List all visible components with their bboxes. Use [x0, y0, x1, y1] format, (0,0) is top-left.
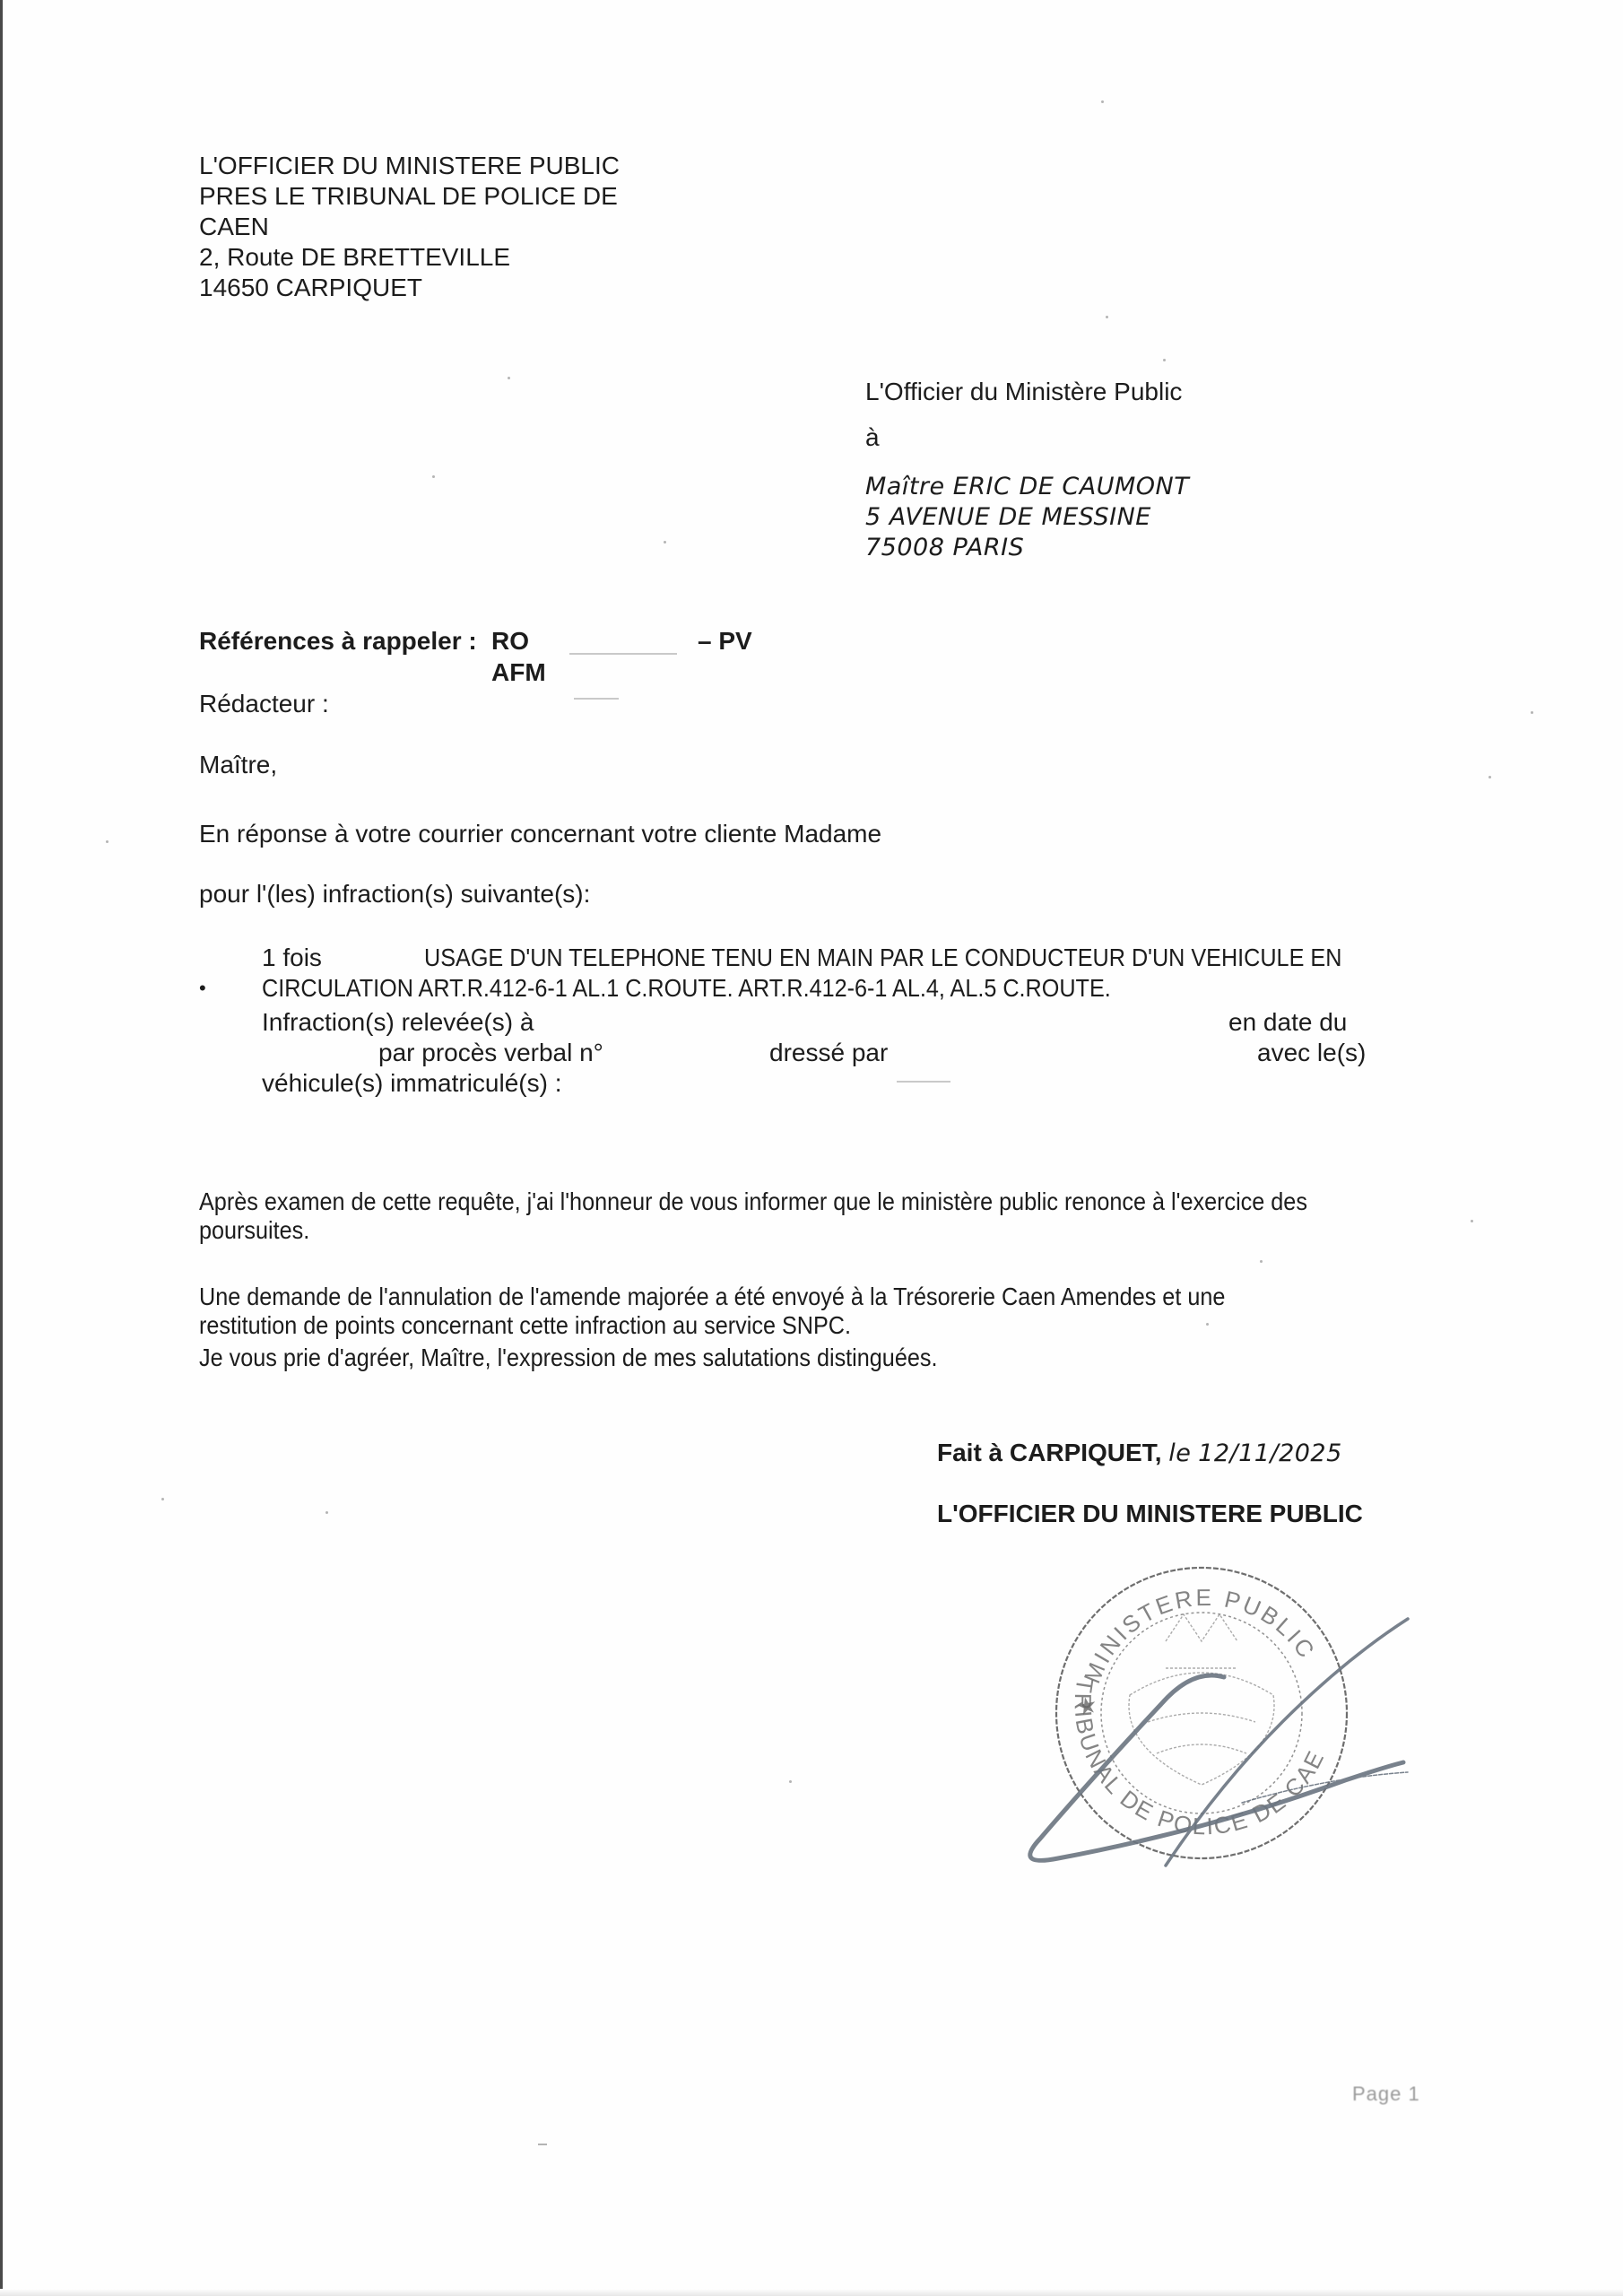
scan-speck — [508, 377, 510, 379]
infraction-description-1: USAGE D'UN TELEPHONE TENU EN MAIN PAR LE… — [424, 943, 1341, 973]
list-bullet: • — [199, 973, 206, 1004]
scan-speck — [789, 1780, 792, 1783]
redacted-redacteur — [574, 698, 619, 700]
decision-line-1: Après examen de cette requête, j'ai l'ho… — [199, 1187, 1307, 1217]
infraction-description-2: CIRCULATION ART.R.412-6-1 AL.1 C.ROUTE. … — [262, 973, 1111, 1004]
scan-speck — [1206, 1323, 1209, 1326]
recipient-address-2: 75008 PARIS — [865, 533, 1024, 563]
from-label: L'Officier du Ministère Public — [865, 377, 1182, 407]
scan-speck — [106, 840, 108, 843]
scan-speck — [432, 475, 435, 478]
scan-speck — [1488, 776, 1491, 778]
sender-city: 14650 CARPIQUET — [199, 273, 422, 303]
closing-formula: Je vous prie d'agréer, Maître, l'express… — [199, 1343, 937, 1373]
date-label: en date du — [1228, 1007, 1347, 1038]
redacteur-label: Rédacteur : — [199, 689, 329, 719]
signatory-title: L'OFFICIER DU MINISTERE PUBLIC — [937, 1499, 1363, 1529]
infractions-intro: pour l'(les) infraction(s) suivante(s): — [199, 879, 590, 909]
decision-line-2: poursuites. — [199, 1215, 309, 1246]
scan-speck — [1101, 100, 1104, 103]
signature-place: Fait à CARPIQUET, — [937, 1439, 1161, 1466]
salutation: Maître, — [199, 750, 277, 780]
sender-line-2: PRES LE TRIBUNAL DE POLICE DE — [199, 181, 618, 212]
scan-speck — [1163, 359, 1166, 361]
scan-speck — [1260, 1260, 1263, 1263]
page-number: Page 1 — [1352, 2083, 1420, 2106]
sender-line-1: L'OFFICIER DU MINISTERE PUBLIC — [199, 151, 620, 181]
signature-date-prefix: le — [1168, 1439, 1191, 1467]
letter-page: L'OFFICIER DU MINISTERE PUBLIC PRES LE T… — [0, 0, 1623, 2296]
avec-label: avec le(s) — [1257, 1038, 1366, 1068]
sender-street: 2, Route DE BRETTEVILLE — [199, 242, 510, 273]
references-afm: AFM — [491, 657, 546, 688]
stamp-text-bottom: TRIBUNAL DE POLICE DE CAEN — [986, 1543, 1330, 1839]
to-word: à — [865, 422, 880, 453]
vehicule-label: véhicule(s) immatriculé(s) : — [262, 1068, 562, 1099]
signature-place-date: Fait à CARPIQUET, le 12/11/2025 — [937, 1438, 1342, 1469]
scan-speck — [664, 541, 666, 544]
scan-speck — [1471, 1220, 1473, 1222]
dresse-label: dressé par — [769, 1038, 888, 1068]
scan-speck — [538, 2144, 547, 2145]
intro-paragraph: En réponse à votre courrier concernant v… — [199, 819, 881, 849]
scan-edge-left — [0, 0, 3, 2296]
stamp-text-top: ★ MINISTERE PUBLIC — [1072, 1584, 1321, 1718]
releve-label: Infraction(s) relevée(s) à — [262, 1007, 534, 1038]
scan-speck — [161, 1498, 164, 1500]
references-pv: – PV — [698, 626, 752, 657]
redacted-reference — [569, 653, 677, 655]
annulation-line-2: restitution de points concernant cette i… — [199, 1310, 851, 1341]
official-stamp-icon: ★ MINISTERE PUBLIC TRIBUNAL DE POLICE DE… — [986, 1543, 1435, 1883]
infraction-count: 1 fois — [262, 943, 322, 973]
references-label: Références à rappeler : — [199, 626, 477, 657]
scan-speck — [1106, 316, 1108, 318]
redacted-plate — [897, 1081, 950, 1083]
scan-edge-bottom — [0, 2289, 1623, 2296]
scan-speck — [325, 1511, 328, 1514]
svg-text:TRIBUNAL DE POLICE DE CAEN: TRIBUNAL DE POLICE DE CAEN — [986, 1543, 1330, 1839]
signature-date: 12/11/2025 — [1198, 1439, 1342, 1467]
sender-line-3: CAEN — [199, 212, 269, 242]
recipient-address-1: 5 AVENUE DE MESSINE — [865, 502, 1151, 533]
pv-label: par procès verbal n° — [378, 1038, 603, 1068]
recipient-name: Maître ERIC DE CAUMONT — [865, 472, 1189, 502]
svg-text:★ MINISTERE PUBLIC: ★ MINISTERE PUBLIC — [1072, 1584, 1321, 1718]
references-ro: RO — [491, 626, 529, 657]
annulation-line-1: Une demande de l'annulation de l'amende … — [199, 1282, 1225, 1312]
scan-speck — [1531, 711, 1533, 714]
